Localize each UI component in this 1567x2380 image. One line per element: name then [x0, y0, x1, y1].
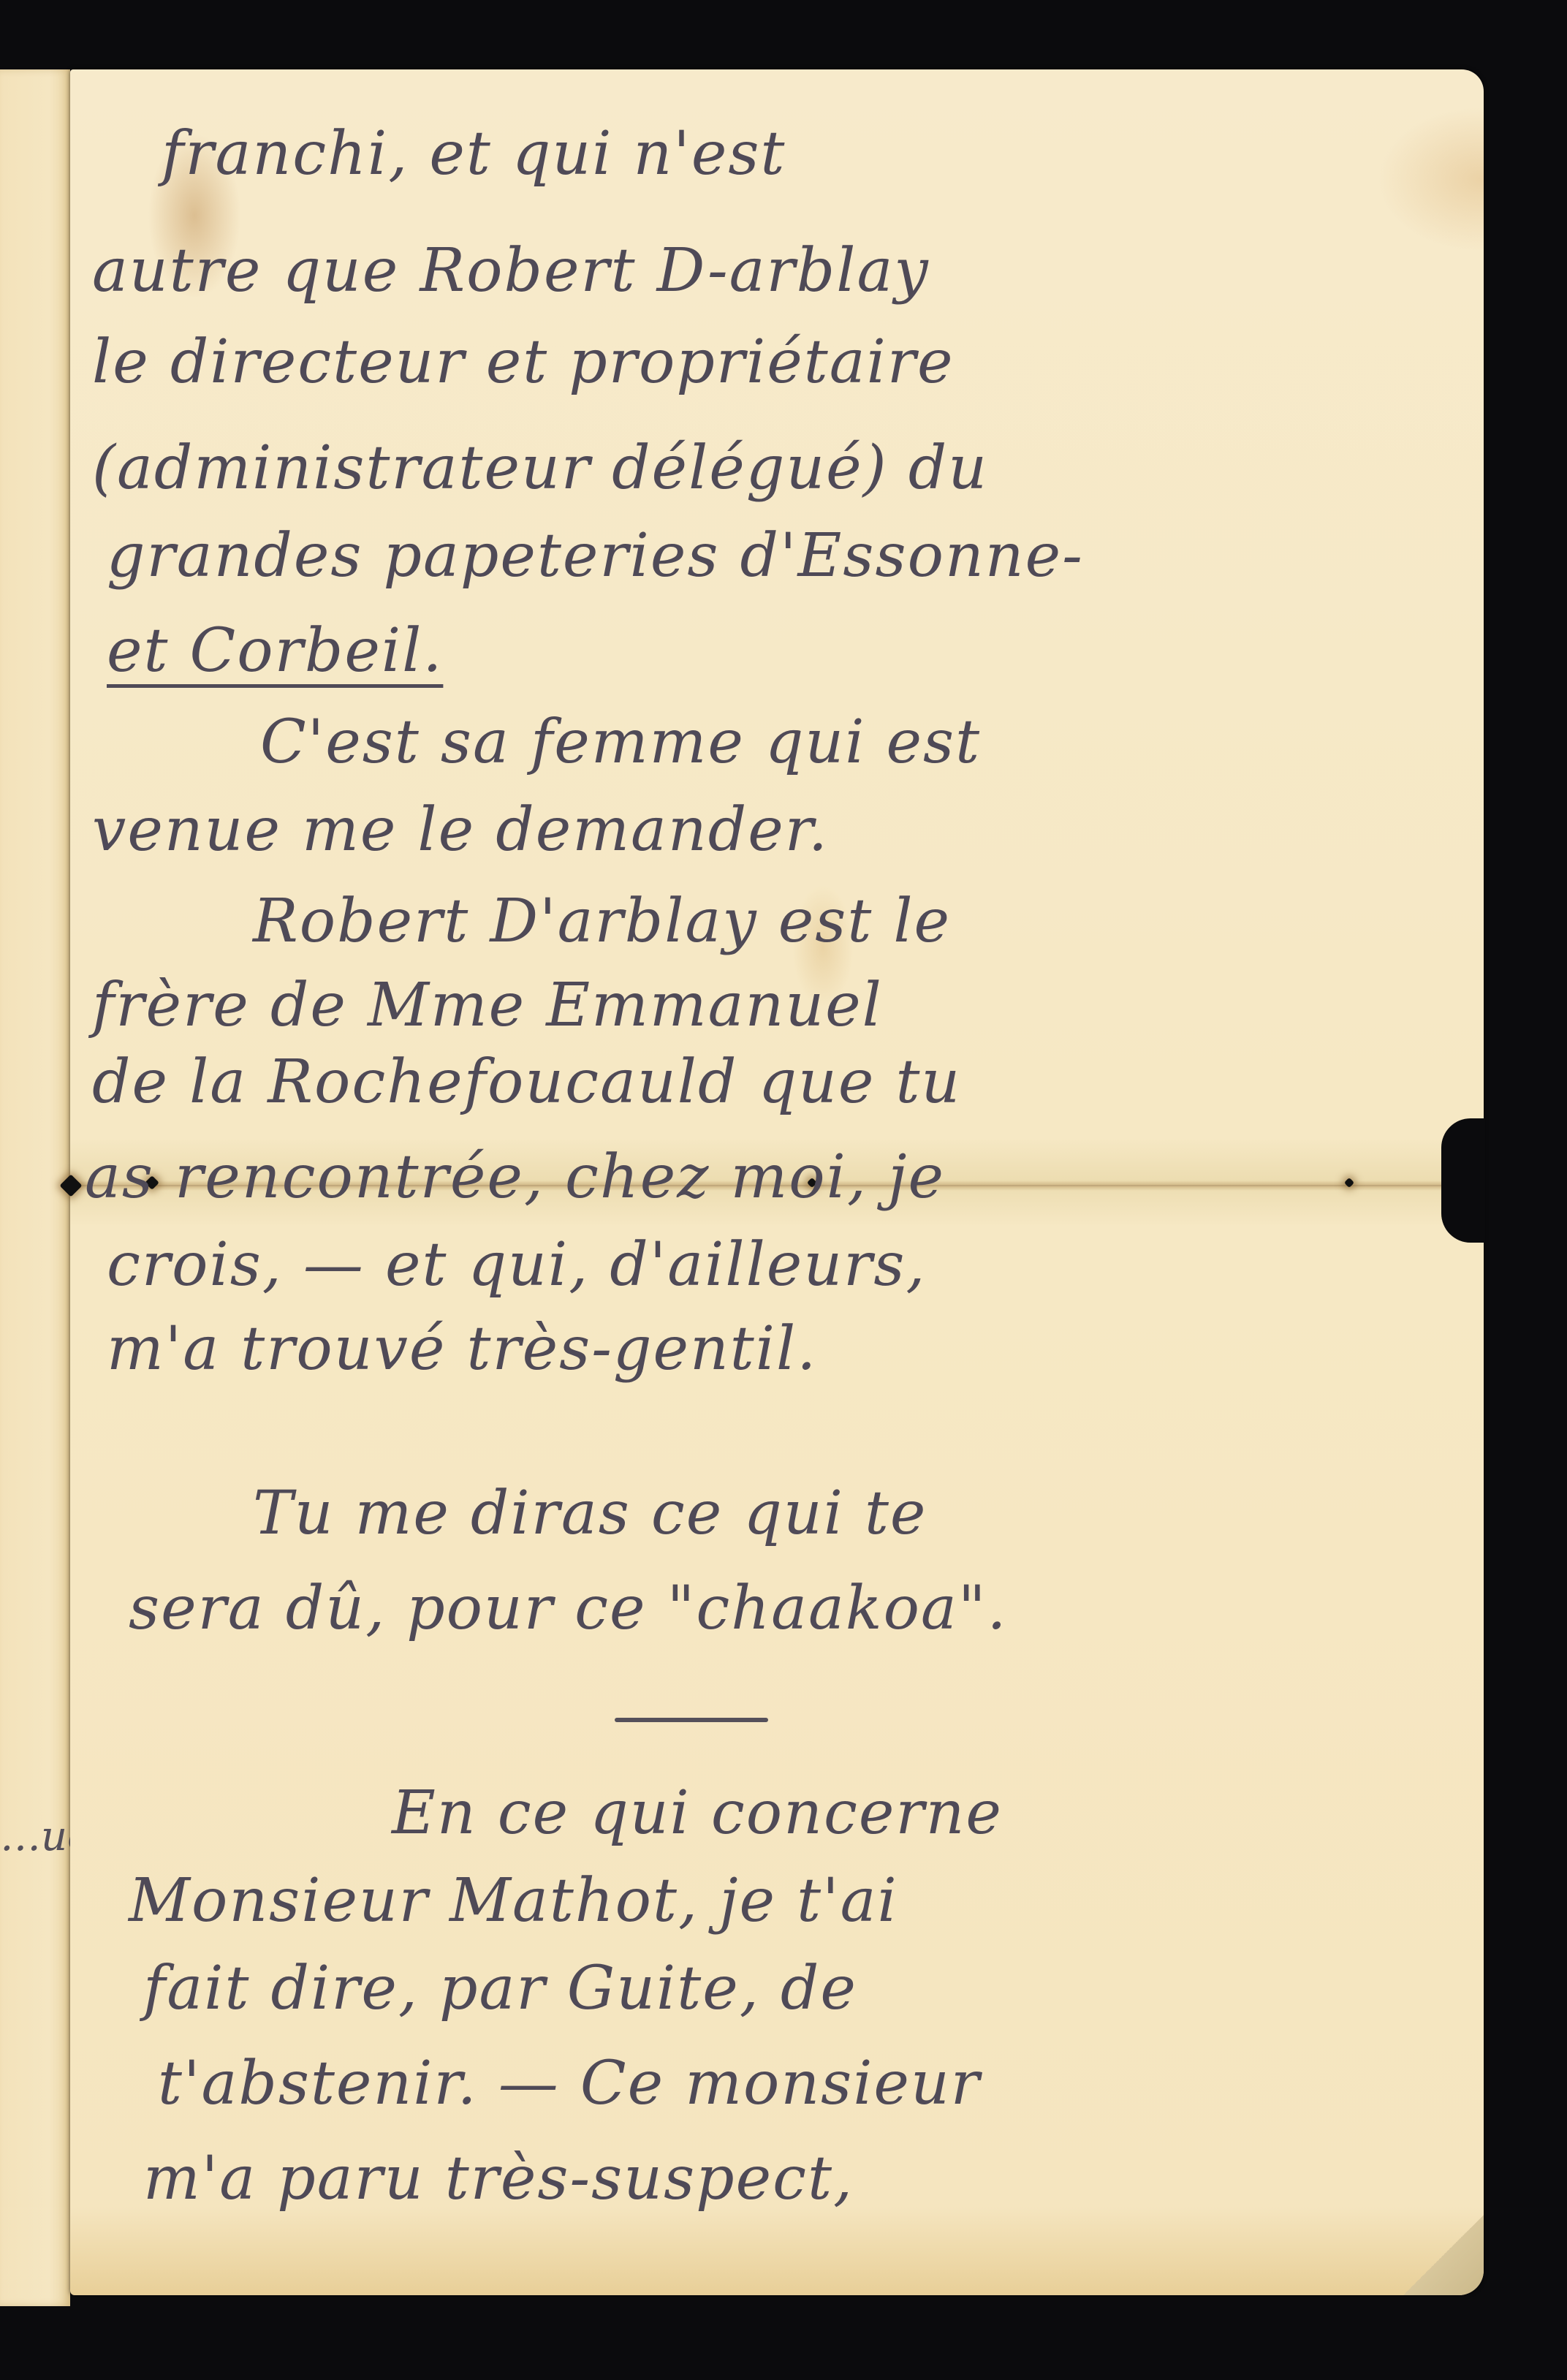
folded-corner	[1403, 2215, 1484, 2295]
letter-line-1: franchi, et qui n'est	[162, 124, 786, 184]
letter-line-20: t'abstenir. — Ce monsieur	[158, 2054, 981, 2114]
letter-line-13: crois, — et qui, d'ailleurs,	[107, 1235, 926, 1295]
letter-line-7: C'est sa femme qui est	[260, 713, 981, 773]
letter-page: franchi, et qui n'est autre que Robert D…	[70, 69, 1484, 2295]
previous-page-fragment: …ue,	[0, 69, 70, 2306]
letter-line-4: (administrateur délégué) du	[92, 439, 988, 499]
letter-line-17: En ce qui concerne	[392, 1784, 1003, 1843]
letter-line-11: de la Rochefoucauld que tu	[92, 1053, 961, 1113]
letter-line-9: Robert D'arblay est le	[253, 892, 951, 952]
letter-line-19: fait dire, par Guite, de	[143, 1959, 857, 2019]
letter-line-10: frère de Mme Emmanuel	[92, 976, 883, 1036]
letter-line-15: Tu me diras ce qui te	[253, 1484, 927, 1544]
letter-line-12: as rencontrée, chez moi, je	[85, 1148, 945, 1208]
letter-line-21: m'a paru très-suspect,	[143, 2149, 854, 2209]
torn-edge-at-fold	[1441, 1118, 1485, 1243]
letter-line-16: sera dû, pour ce "chaakoa".	[129, 1579, 1008, 1639]
section-divider-dash	[615, 1718, 768, 1722]
letter-line-2: autre que Robert D-arblay	[92, 241, 930, 301]
letter-line-5: grandes papeteries d'Essonne-	[107, 526, 1084, 586]
letter-line-3: le directeur et propriétaire	[92, 333, 955, 393]
letter-line-14: m'a trouvé très-gentil.	[107, 1319, 817, 1379]
letter-line-6: et Corbeil.	[107, 621, 443, 681]
letter-line-18: Monsieur Mathot, je t'ai	[129, 1871, 898, 1931]
letter-line-8: venue me le demander.	[92, 800, 829, 860]
